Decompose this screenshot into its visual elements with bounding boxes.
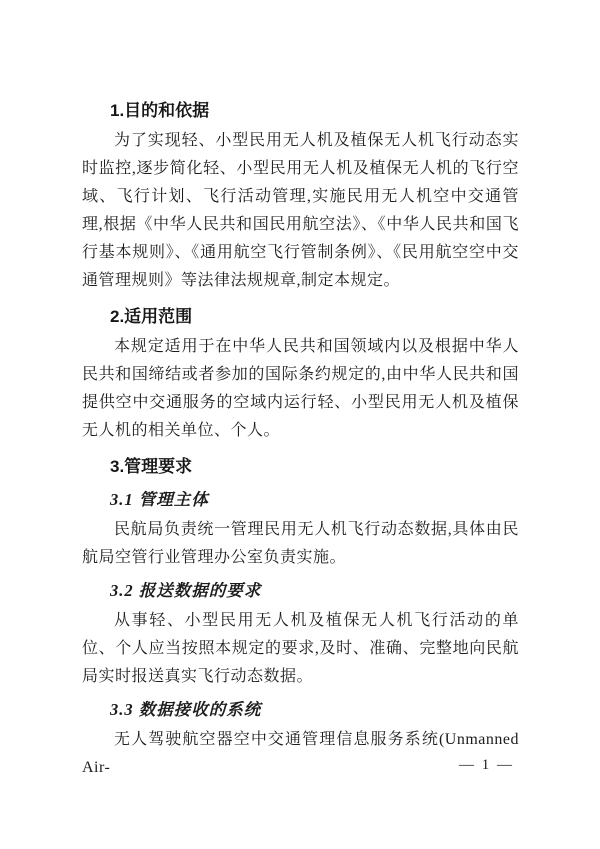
document-content: 1.目的和依据 为了实现轻、小型民用无人机及植保无人机飞行动态实时监控,逐步简化… — [82, 97, 519, 782]
paragraph-data-receiving-system: 无人驾驶航空器空中交通管理信息服务系统(Unmanned Air- — [82, 726, 519, 782]
paragraph-scope: 本规定适用于在中华人民共和国领域内以及根据中华人民共和国缔结或者参加的国际条约规… — [82, 333, 519, 445]
section-heading-management-requirements: 3.管理要求 — [82, 453, 519, 481]
section-heading-purpose-basis: 1.目的和依据 — [82, 97, 519, 125]
paragraph-management-subject: 民航局负责统一管理民用无人机飞行动态数据,具体由民航局空管行业管理办公室负责实施… — [82, 516, 519, 572]
page-number: — 1 — — [459, 755, 514, 775]
subsection-heading-management-subject: 3.1 管理主体 — [82, 486, 519, 514]
paragraph-data-reporting-requirements: 从事轻、小型民用无人机及植保无人机飞行活动的单位、个人应当按照本规定的要求,及时… — [82, 607, 519, 691]
subsection-heading-data-receiving-system: 3.3 数据接收的系统 — [82, 696, 519, 724]
document-page: 1.目的和依据 为了实现轻、小型民用无人机及植保无人机飞行动态实时监控,逐步简化… — [0, 0, 600, 849]
paragraph-purpose-basis: 为了实现轻、小型民用无人机及植保无人机飞行动态实时监控,逐步简化轻、小型民用无人… — [82, 127, 519, 295]
subsection-heading-data-reporting-requirements: 3.2 报送数据的要求 — [82, 577, 519, 605]
section-heading-scope: 2.适用范围 — [82, 303, 519, 331]
